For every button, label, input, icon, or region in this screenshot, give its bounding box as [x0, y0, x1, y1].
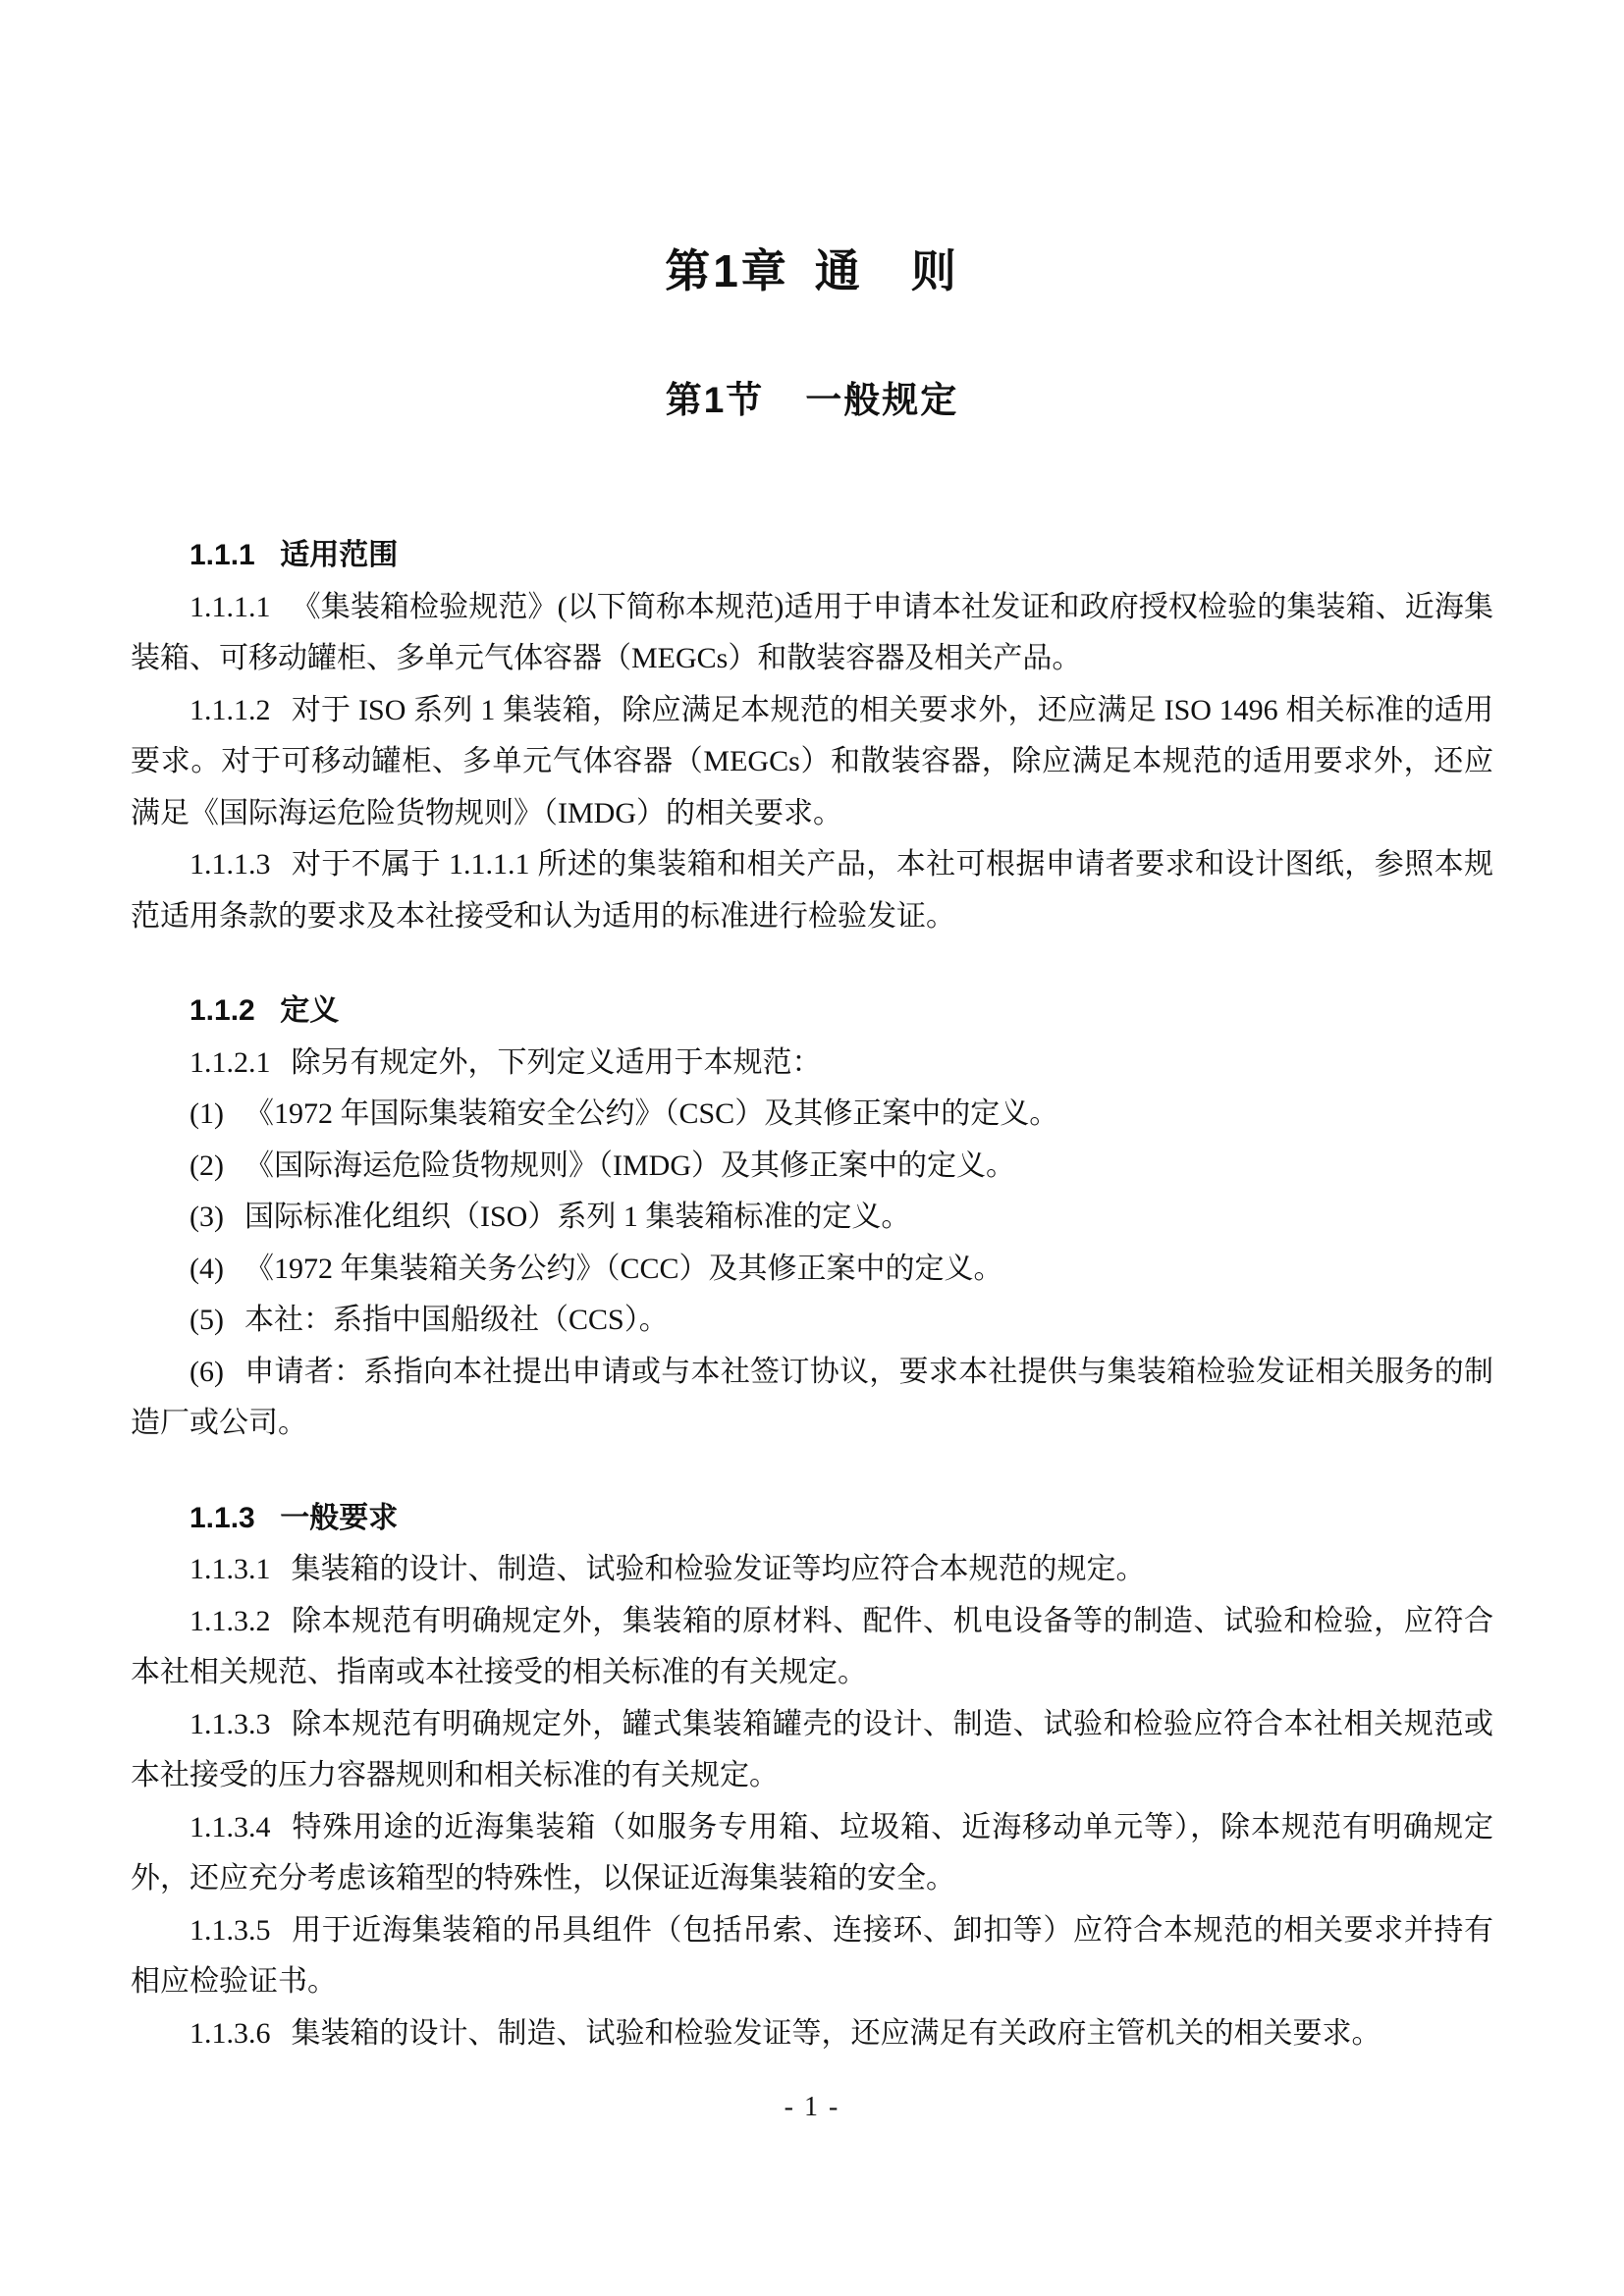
- heading-number: 1.1.3: [189, 1502, 255, 1534]
- definition-item-5: (5)本社：系指中国船级社（CCS）。: [131, 1295, 1493, 1347]
- paragraph-1-1-1-1: 1.1.1.1《集装箱检验规范》(以下简称本规范)适用于申请本社发证和政府授权检…: [131, 582, 1493, 685]
- paragraph-1-1-3-6: 1.1.3.6集装箱的设计、制造、试验和检验发证等，还应满足有关政府主管机关的相…: [131, 2008, 1493, 2060]
- document-page: 第1章通 则 第1节一般规定 1.1.1适用范围 1.1.1.1《集装箱检验规范…: [0, 0, 1624, 2296]
- document-body: 1.1.1适用范围 1.1.1.1《集装箱检验规范》(以下简称本规范)适用于申请…: [131, 530, 1493, 2059]
- section-1-1-2: 1.1.2定义 1.1.2.1除另有规定外，下列定义适用于本规范： (1)《19…: [131, 986, 1493, 1450]
- definition-item-1: (1)《1972 年国际集装箱安全公约》（CSC）及其修正案中的定义。: [131, 1089, 1493, 1141]
- heading-text: 定义: [280, 994, 339, 1027]
- paragraph-1-1-3-3: 1.1.3.3除本规范有明确规定外，罐式集装箱罐壳的设计、制造、试验和检验应符合…: [131, 1699, 1493, 1802]
- paragraph-1-1-1-3: 1.1.1.3对于不属于 1.1.1.1 所述的集装箱和相关产品，本社可根据申请…: [131, 839, 1493, 942]
- section-heading: 1.1.3一般要求: [131, 1493, 1493, 1545]
- paragraph-1-1-1-2: 1.1.1.2对于 ISO 系列 1 集装箱，除应满足本规范的相关要求外，还应满…: [131, 685, 1493, 840]
- section-name: 一般规定: [805, 380, 958, 420]
- heading-text: 一般要求: [280, 1502, 398, 1534]
- section-title: 第1节一般规定: [131, 379, 1493, 422]
- heading-number: 1.1.2: [189, 994, 255, 1027]
- paragraph-1-1-3-4: 1.1.3.4特殊用途的近海集装箱（如服务专用箱、垃圾箱、近海移动单元等），除本…: [131, 1802, 1493, 1905]
- heading-number: 1.1.1: [189, 539, 255, 571]
- section-number: 第1节: [666, 380, 765, 420]
- section-heading: 1.1.2定义: [131, 986, 1493, 1038]
- definition-item-3: (3)国际标准化组织（ISO）系列 1 集装箱标准的定义。: [131, 1192, 1493, 1244]
- paragraph-1-1-2-1: 1.1.2.1除另有规定外，下列定义适用于本规范：: [131, 1038, 1493, 1090]
- chapter-name: 通 则: [815, 245, 959, 296]
- definition-item-4: (4)《1972 年集装箱关务公约》（CCC）及其修正案中的定义。: [131, 1244, 1493, 1296]
- definition-item-2: (2)《国际海运危险货物规则》（IMDG）及其修正案中的定义。: [131, 1141, 1493, 1193]
- chapter-title: 第1章通 则: [131, 0, 1493, 296]
- paragraph-1-1-3-5: 1.1.3.5用于近海集装箱的吊具组件（包括吊索、连接环、卸扣等）应符合本规范的…: [131, 1905, 1493, 2008]
- definition-item-6: (6)申请者：系指向本社提出申请或与本社签订协议，要求本社提供与集装箱检验发证相…: [131, 1347, 1493, 1450]
- section-heading: 1.1.1适用范围: [131, 530, 1493, 582]
- heading-text: 适用范围: [280, 539, 398, 571]
- section-1-1-3: 1.1.3一般要求 1.1.3.1集装箱的设计、制造、试验和检验发证等均应符合本…: [131, 1493, 1493, 2060]
- chapter-number: 第1章: [665, 245, 789, 296]
- paragraph-1-1-3-1: 1.1.3.1集装箱的设计、制造、试验和检验发证等均应符合本规范的规定。: [131, 1544, 1493, 1596]
- paragraph-1-1-3-2: 1.1.3.2除本规范有明确规定外，集装箱的原材料、配件、机电设备等的制造、试验…: [131, 1596, 1493, 1699]
- section-1-1-1: 1.1.1适用范围 1.1.1.1《集装箱检验规范》(以下简称本规范)适用于申请…: [131, 530, 1493, 942]
- page-number-footer: - 1 -: [131, 2091, 1493, 2124]
